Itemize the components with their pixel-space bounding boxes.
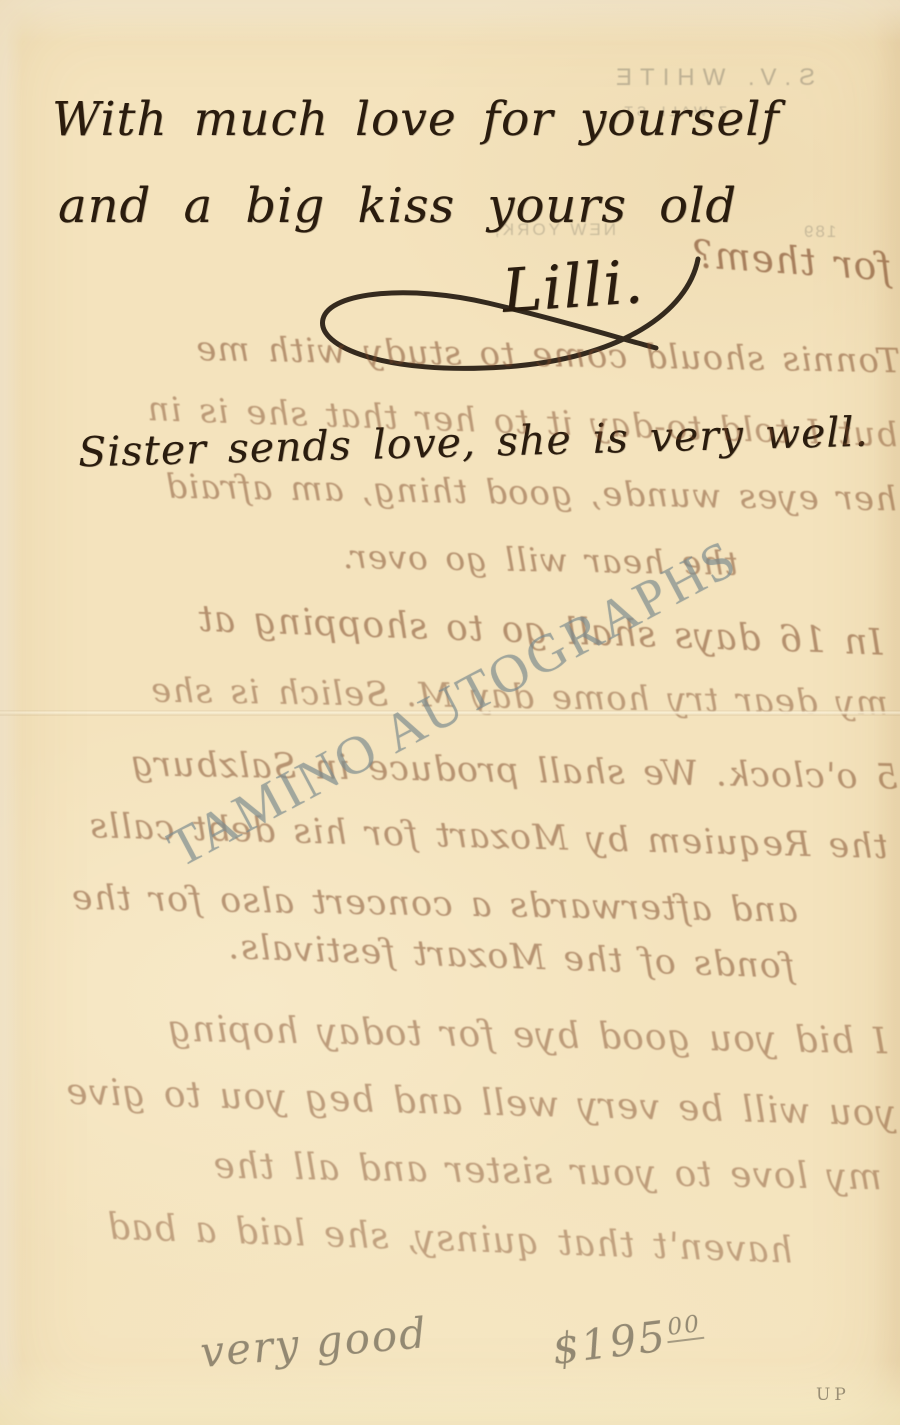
bleedthrough-line: fonds of the Mozart festivals.	[279, 929, 795, 987]
condition-note: very good	[198, 1308, 429, 1377]
bleedthrough-line: Tonnis should come to study with me	[55, 327, 900, 382]
corner-mark: UP	[816, 1385, 850, 1405]
bleedthrough-line: I bid you good bye for today hoping	[42, 1007, 888, 1063]
price-cents: 00	[664, 1311, 705, 1343]
bleedthrough-line: haven't that quinsy, she laid a bad	[68, 1205, 794, 1271]
letterhead-name: S.V. WHITE	[608, 64, 815, 92]
letter-line-2: and a big kiss yours old	[58, 178, 737, 234]
letter-line-1: With much love for yourself	[52, 92, 780, 147]
bleedthrough-line: my love to your sister and all the	[42, 1143, 883, 1199]
bleedthrough-line: 5 o'clock. We shall produce in Salzburg	[28, 742, 899, 797]
price-dollars: $195	[550, 1311, 670, 1374]
bleedthrough-line: In 16 days shall go to shopping at	[38, 593, 884, 663]
bleedthrough-line: and afterwards a concert also for the	[38, 877, 799, 930]
bleedthrough-line: you will be very well and beg you to giv…	[16, 1070, 897, 1134]
bleedthrough-line: her eyes wunde, good thing, am afraid	[42, 465, 898, 520]
letter-scan-page: S.V. WHITE 7 WALL ST. NEW YORK, 189 With…	[0, 0, 900, 1425]
price-note: $19500	[550, 1307, 707, 1374]
